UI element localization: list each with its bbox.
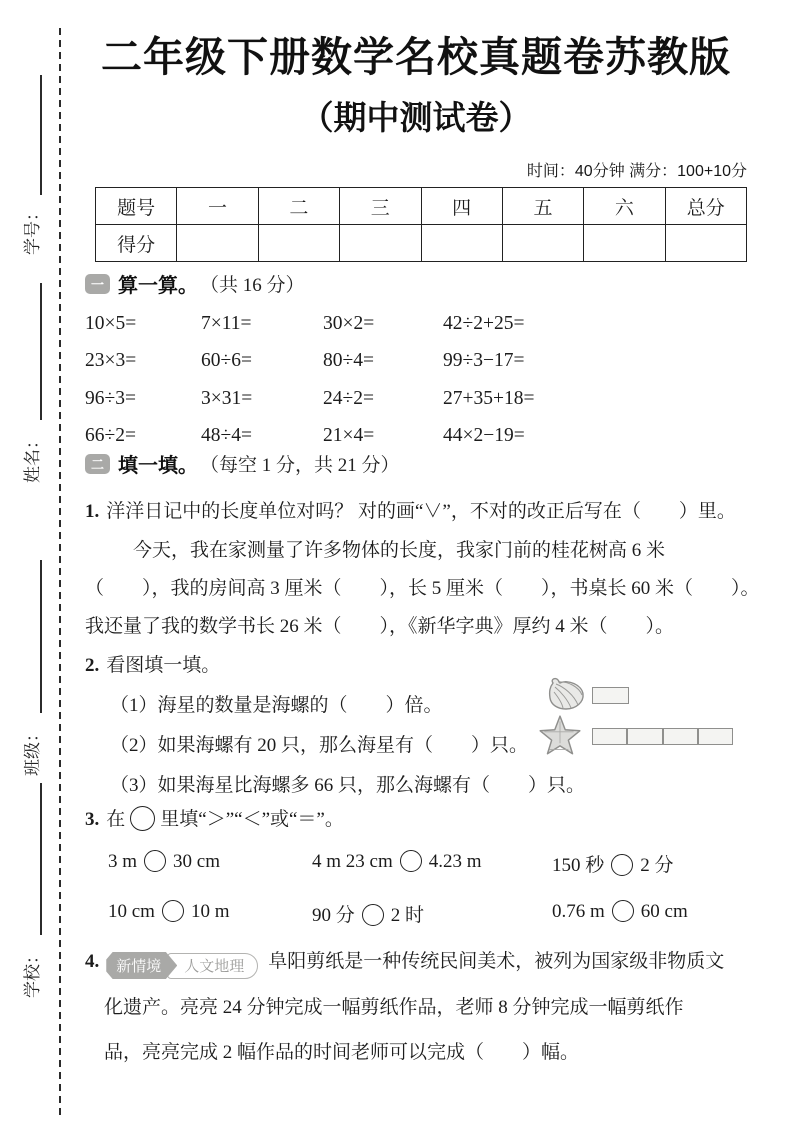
compare-item: 0.76 m60 cm (552, 900, 688, 923)
score-cell-empty (421, 225, 502, 262)
question-4-line-3: 品，亮亮完成 2 幅作品的时间老师可以完成（ ）幅。 (85, 1037, 747, 1064)
question-1-line-2: 今天，我在家测量了许多物体的长度，我家门前的桂花树高 6 米 (85, 535, 747, 562)
question-3-number: 3. (85, 809, 99, 830)
class-write-line (40, 560, 42, 713)
question-4-line-2: 化遗产。亮亮 24 分钟完成一幅剪纸作品，老师 8 分钟完成一幅剪纸作 (85, 992, 747, 1019)
calc-problem: 60÷6= (201, 350, 323, 372)
score-cell-empty (177, 225, 258, 262)
score-table-header-cell: 四 (421, 188, 502, 225)
compare-item: 3 m30 cm (108, 850, 220, 873)
conch-unit-box (592, 687, 629, 704)
class-label: 班级： (8, 717, 52, 783)
section-one-title: 算一算。 (118, 269, 198, 298)
starfish-unit-cell (592, 728, 627, 745)
section-two-number-icon: 二 (85, 454, 110, 474)
section-one-number-icon: 一 (85, 274, 110, 294)
calc-problem: 23×3= (85, 350, 201, 372)
compare-item: 4 m 23 cm4.23 m (312, 850, 482, 873)
calc-problem: 21×4= (323, 425, 443, 447)
score-table-header-cell: 二 (258, 188, 339, 225)
section-two-note: （每空 1 分，共 21 分） (200, 450, 400, 477)
time-score-info: 时间：40分钟 满分：100+10分 (95, 158, 747, 181)
dashed-cut-line (59, 28, 61, 1116)
calc-problem: 27+35+18= (443, 388, 750, 410)
question-2-title-line: 2.看图填一填。 (85, 650, 747, 677)
conch-shell-icon (544, 677, 586, 713)
score-table-header-cell: 三 (340, 188, 421, 225)
compare-circle-icon (130, 806, 155, 831)
section-two-title: 填一填。 (118, 449, 198, 478)
compare-item: 150 秒2 分 (552, 850, 674, 877)
score-table-header-cell: 五 (502, 188, 583, 225)
compare-circle-blank[interactable] (612, 900, 634, 922)
question-2-number: 2. (85, 655, 99, 676)
score-cell-empty (258, 225, 339, 262)
calc-problem: 30×2= (323, 313, 443, 335)
score-cell-empty (584, 225, 665, 262)
question-1-number: 1. (85, 501, 99, 522)
starfish-unit-cell (663, 728, 698, 745)
score-table-header-cell: 一 (177, 188, 258, 225)
name-write-line (40, 283, 42, 420)
calc-problem: 3×31= (201, 388, 323, 410)
student-id-write-line (40, 75, 42, 195)
compare-circle-blank[interactable] (162, 900, 184, 922)
calc-problem: 42÷2+25= (443, 313, 750, 335)
score-table-score-row: 得分 (96, 225, 747, 262)
calc-problem: 7×11= (201, 313, 323, 335)
section-two-header: 二 填一填。 （每空 1 分，共 21 分） (85, 449, 400, 478)
calc-problem: 24÷2= (323, 388, 443, 410)
section-one-note: （共 16 分） (200, 270, 305, 297)
question-2-item-1: （1）海星的数量是海螺的（ ）倍。 (85, 690, 747, 717)
calc-problem: 44×2−19= (443, 425, 750, 447)
question-4-badges: 新情境人文地理 (106, 952, 258, 979)
score-cell-empty (340, 225, 421, 262)
calc-problem-grid: 10×5= 7×11= 30×2= 42÷2+25= 23×3= 60÷6= 8… (85, 305, 750, 455)
score-row-label: 得分 (96, 225, 177, 262)
score-table-header-cell: 六 (584, 188, 665, 225)
question-3-title-line: 3.在里填“＞”“＜”或“＝”。 (85, 804, 747, 831)
compare-circle-blank[interactable] (611, 854, 633, 876)
starfish-icon (536, 715, 584, 757)
question-4-line-1: 4.新情境人文地理阜阳剪纸是一种传统民间美术，被列为国家级非物质文 (85, 946, 747, 979)
calc-problem: 48÷4= (201, 425, 323, 447)
question-2-item-3: （3）如果海星比海螺多 66 只，那么海螺有（ ）只。 (85, 770, 747, 797)
student-id-label: 学号： (8, 196, 52, 262)
score-cell-empty (502, 225, 583, 262)
score-table: 题号 一 二 三 四 五 六 总分 得分 (95, 187, 747, 262)
name-label: 姓名： (8, 424, 52, 490)
paper-subtitle: （期中测试卷） (80, 92, 752, 139)
compare-item: 90 分2 时 (312, 900, 424, 927)
compare-circle-blank[interactable] (362, 904, 384, 926)
school-write-line (40, 783, 42, 935)
compare-circle-blank[interactable] (400, 850, 422, 872)
school-label: 学校： (8, 939, 52, 1005)
new-context-badge: 新情境 (106, 952, 177, 979)
starfish-unit-cell (627, 728, 662, 745)
section-one-header: 一 算一算。 （共 16 分） (85, 269, 305, 298)
calc-problem: 66÷2= (85, 425, 201, 447)
starfish-unit-cell (698, 728, 733, 745)
calc-problem: 96÷3= (85, 388, 201, 410)
score-table-header-row: 题号 一 二 三 四 五 六 总分 (96, 188, 747, 225)
score-table-header-cell: 题号 (96, 188, 177, 225)
score-table-header-cell: 总分 (665, 188, 746, 225)
starfish-unit-bar (592, 728, 733, 745)
question-4-number: 4. (85, 951, 99, 972)
calc-problem: 10×5= (85, 313, 201, 335)
score-cell-empty (665, 225, 746, 262)
question-1-line-3: （ ），我的房间高 3 厘米（ ），长 5 厘米（ ），书桌长 60 米（ ）。 (85, 573, 747, 600)
question-1-line-4: 我还量了我的数学书长 26 米（ ），《新华字典》厚约 4 米（ ）。 (85, 611, 747, 638)
humanities-geography-badge: 人文地理 (167, 953, 258, 979)
test-paper-page: 学号： 姓名： 班级： 学校： 二年级下册数学名校真题卷苏教版 （期中测试卷） … (0, 0, 793, 1122)
compare-circle-blank[interactable] (144, 850, 166, 872)
calc-problem: 80÷4= (323, 350, 443, 372)
question-1-line-1: 1.洋洋日记中的长度单位对吗？ 对的画“∨”，不对的改正后写在（ ）里。 (85, 496, 747, 523)
paper-title: 二年级下册数学名校真题卷苏教版 (80, 24, 752, 83)
calc-problem: 99÷3−17= (443, 350, 750, 372)
compare-item: 10 cm10 m (108, 900, 230, 923)
